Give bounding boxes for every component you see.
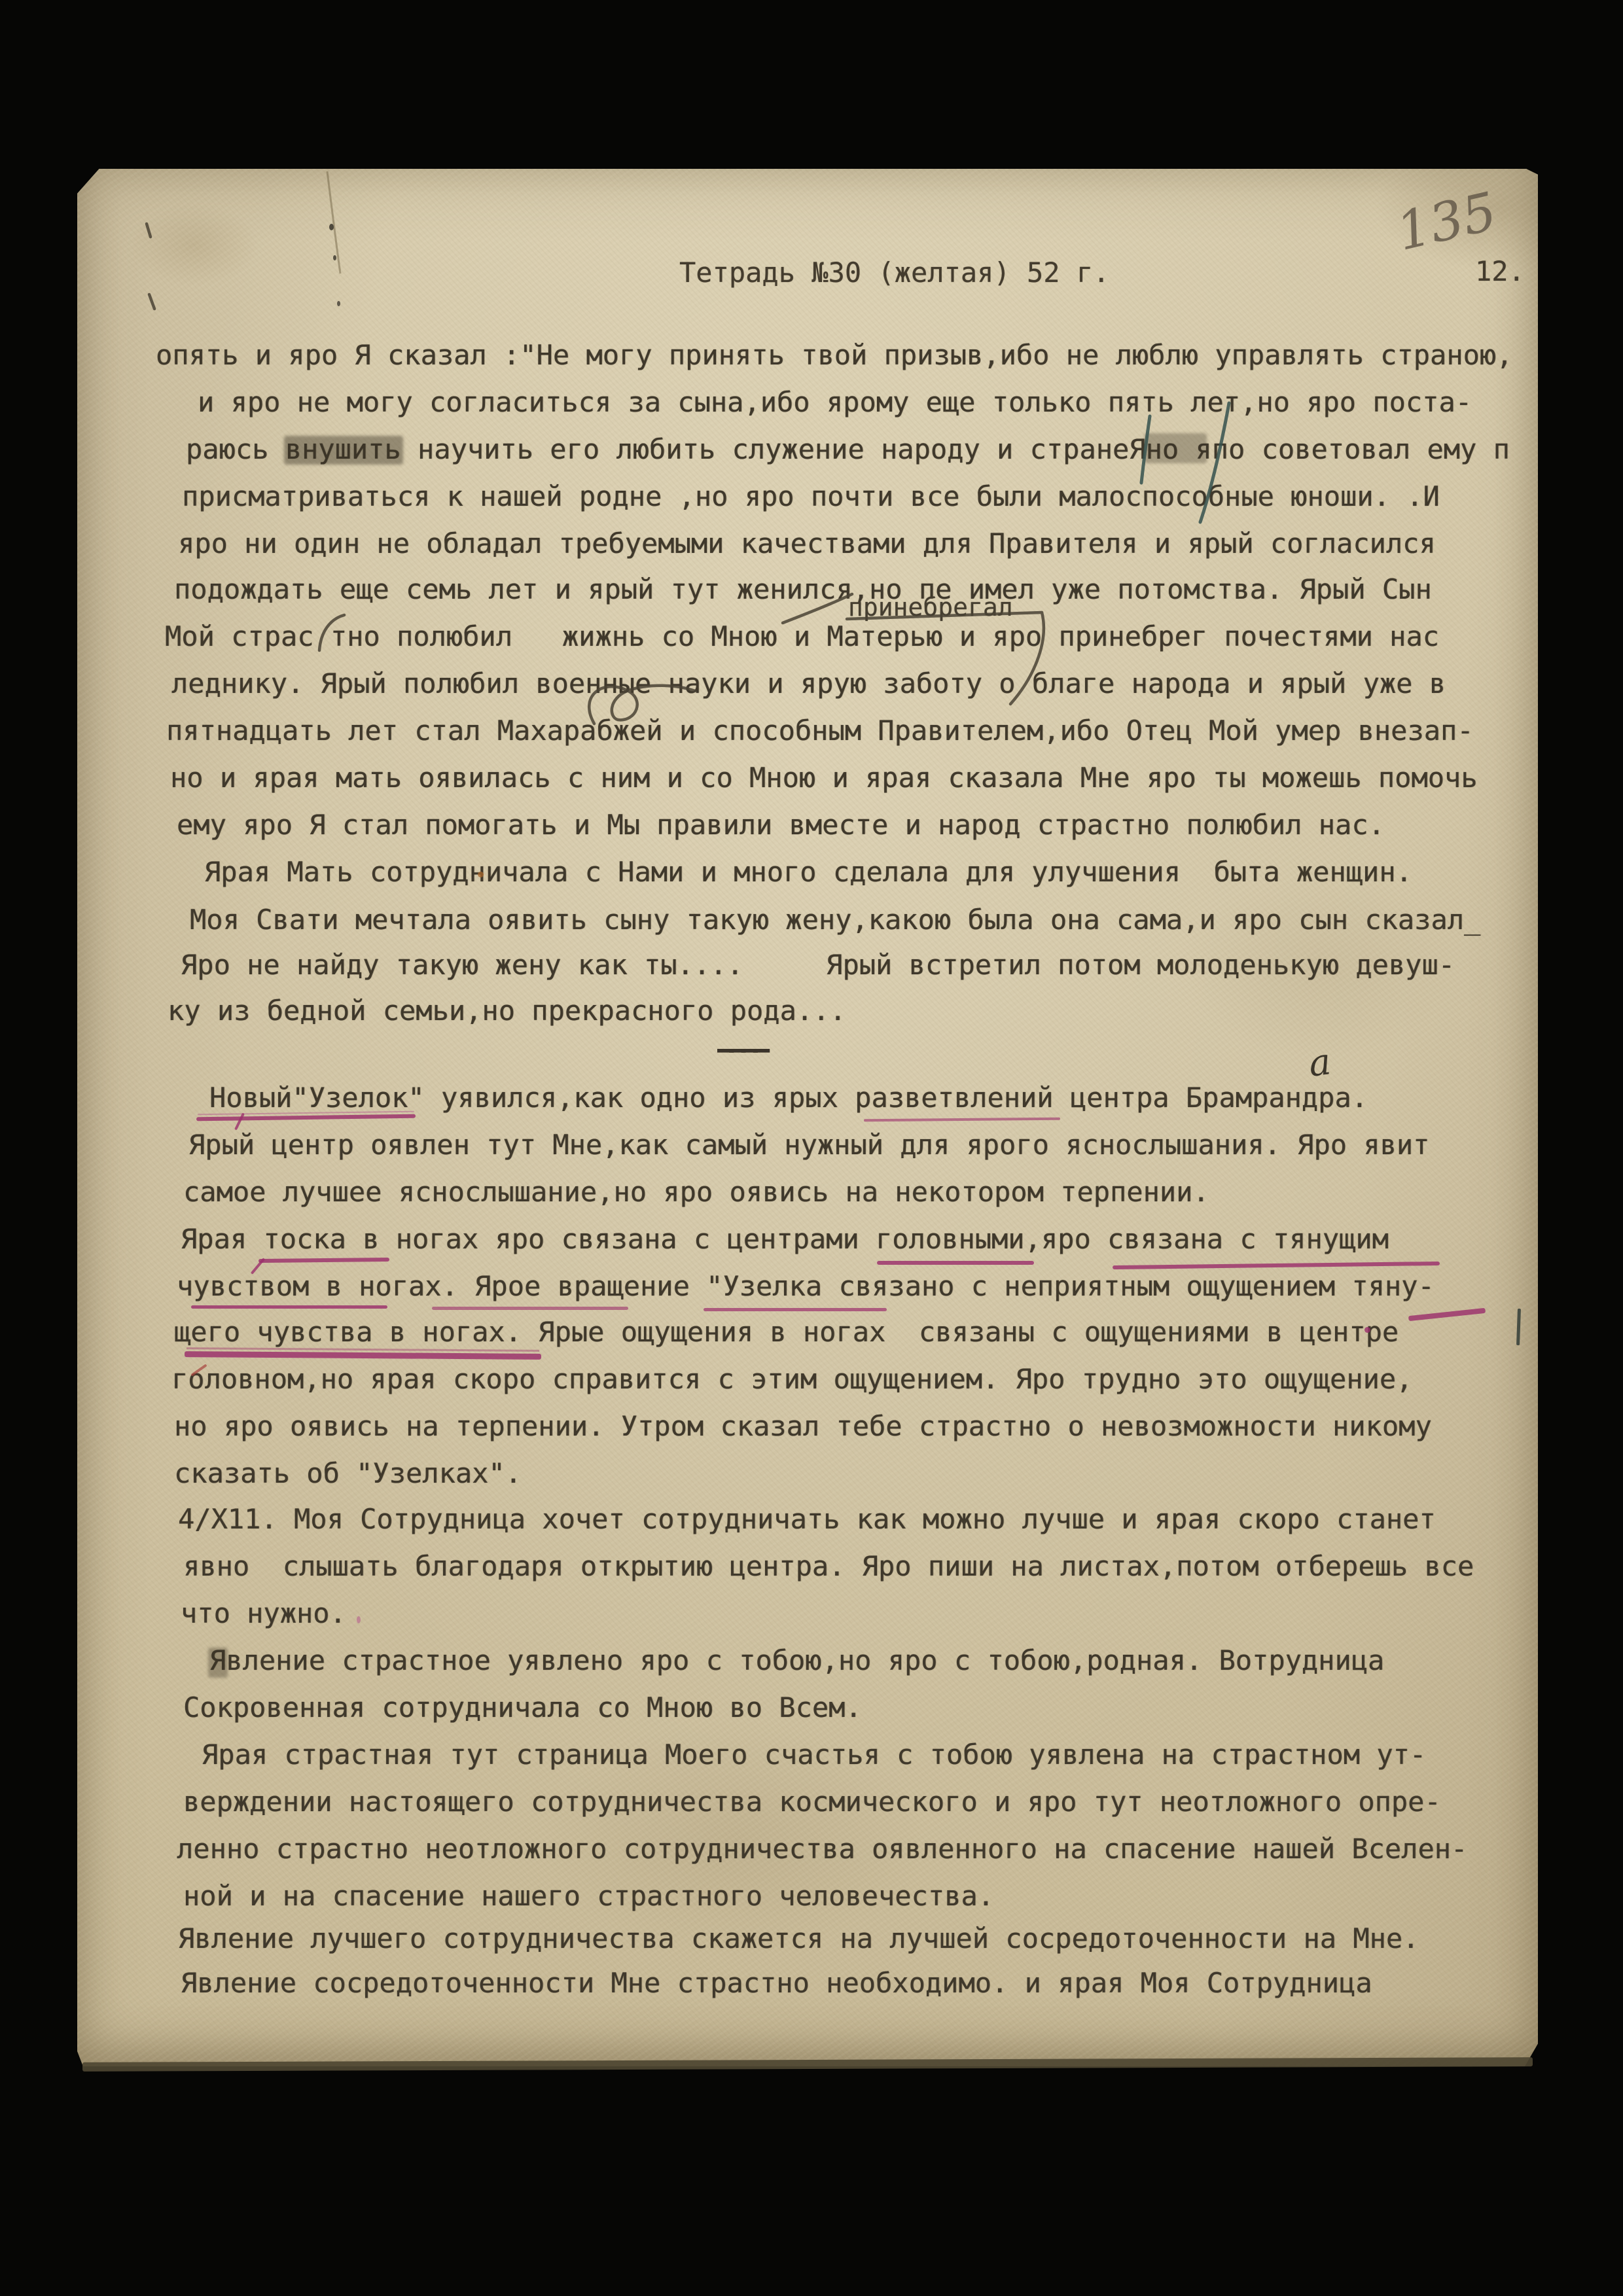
text-line: явно слышать благодаря открытию центра. …: [183, 1551, 1474, 1581]
text-line: 4/Х11. Моя Сотрудница хочет сотрудничать…: [178, 1504, 1436, 1534]
paper-speck: [329, 224, 334, 230]
text-line: сказать об "Узелках".: [174, 1458, 522, 1489]
text-line: Ярая тоска в ногах яро связана с центрам…: [181, 1224, 1389, 1254]
overstrike-smudge: [208, 1648, 228, 1678]
paper-speck: [337, 301, 340, 306]
text-line: верждении настоящего сотрудничества косм…: [183, 1787, 1441, 1817]
text-line: Новый"Узелок" уявился,как одно из ярых р…: [209, 1083, 1368, 1113]
paper-speck: [333, 255, 336, 260]
text-line: Сокровенная сотрудничала со Мною во Всем…: [183, 1693, 862, 1723]
text-line: но яро оявись на терпении. Утром сказал …: [174, 1411, 1432, 1441]
ink-underline: [877, 1261, 1034, 1265]
typed-page-number: 12.: [1475, 255, 1525, 287]
text-line: головном,но ярая скоро справится с этим …: [171, 1364, 1412, 1394]
text-line: ленно страстно неотложного сотрудничеств…: [177, 1834, 1467, 1864]
text-line: пятнадцать лет стал Махарабжей и способн…: [166, 716, 1474, 746]
text-line: ему яро Я стал помогать и Мы правили вме…: [177, 810, 1385, 840]
text-line: самое лучшее яснослышание,но яро оявись …: [183, 1177, 1209, 1207]
text-line: щего чувства в ногах. Ярые ощущения в но…: [174, 1317, 1399, 1347]
text-line: Явление страстное уявлено яро с тобою,но…: [209, 1646, 1384, 1676]
text-line: Ярая Мать сотрудничала с Нами и много сд…: [204, 857, 1412, 887]
rust-stain: [478, 872, 484, 877]
text-line: опять и яро Я сказал :"Не могу принять т…: [156, 340, 1512, 370]
page-title: Тетрадь №30 (желтая) 52 г.: [679, 256, 1109, 289]
text-line: Яро не найду такую жену как ты.... Ярый …: [181, 950, 1455, 980]
text-line: яро ни один не обладал требуемыми качест…: [178, 529, 1436, 559]
text-line: Ярая страстная тут страница Моего счасть…: [202, 1740, 1426, 1770]
text-line: леднику. Ярый полюбил военные науки и яр…: [171, 669, 1446, 699]
ink-underline: [432, 1307, 628, 1310]
text-line: присматриваться к нашей родне ,но яро по…: [182, 482, 1440, 512]
text-line: Мой страс тно полюбил жижнь со Мною и Ма…: [165, 622, 1439, 652]
text-line: ку из бедной семьи,но прекрасного рода..…: [168, 996, 846, 1026]
overstrike-smudge: [1145, 433, 1207, 463]
text-line: чувством в ногах. Ярое вращение "Узелка …: [177, 1271, 1435, 1301]
text-line: и яро не могу согласиться за сына,ибо яр…: [198, 387, 1472, 417]
text-line: что нужно.: [181, 1598, 346, 1629]
interline-insertion: принебрегал: [848, 593, 1013, 622]
text-line: ной и на спасение нашего страстного чело…: [183, 1881, 994, 1911]
overstrike-smudge: [284, 436, 403, 465]
ink-underline: [704, 1308, 887, 1311]
text-line: Моя Свати мечтала оявить сыну такую жену…: [190, 905, 1480, 935]
text-line: но и ярая мать оявилась с ним и со Мною …: [170, 763, 1478, 793]
scan-background: 135 Тетрадь №30 (желтая) 52 г. 12. опять…: [0, 0, 1623, 2296]
text-line: подождать еще семь лет и ярый тут женилс…: [174, 574, 1432, 605]
ink-dot: [357, 1616, 361, 1623]
section-separator: ————: [717, 1033, 765, 1065]
ink-dot: [1364, 1327, 1370, 1333]
text-line: Явление сосредоточенности Мне страстно н…: [181, 1968, 1372, 1998]
text-line: Явление лучшего сотрудничества скажется …: [178, 1924, 1419, 1954]
text-line: Ярый центр оявлен тут Мне,как самый нужн…: [188, 1130, 1429, 1160]
ink-underline: [191, 1305, 387, 1309]
